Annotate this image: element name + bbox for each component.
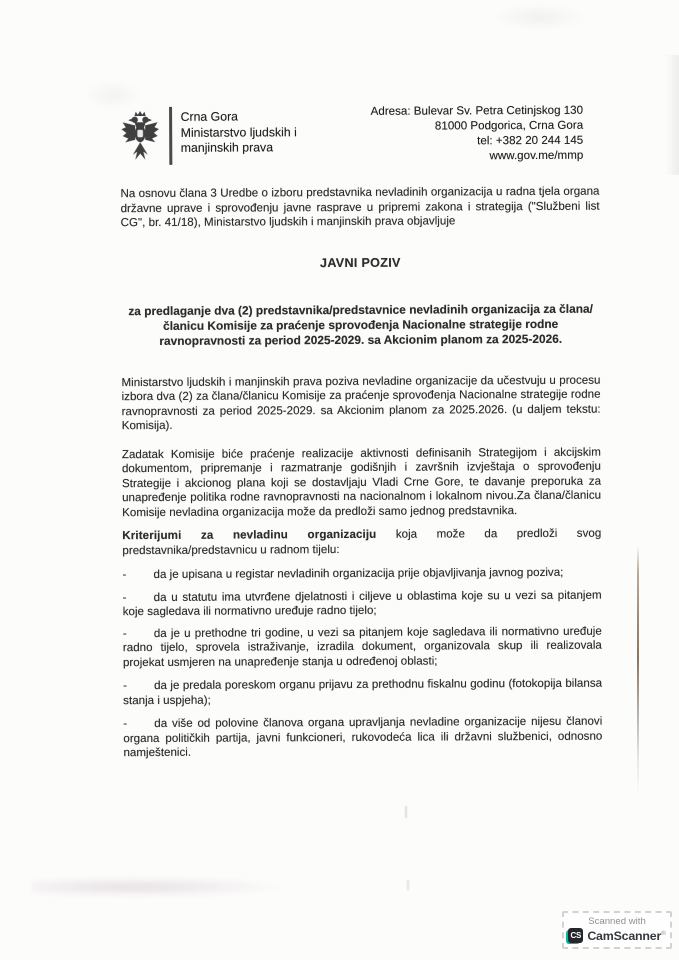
criteria-item: -da u statutu ima utvrđene djelatnosti i…	[123, 588, 602, 620]
bullet-dash: -	[123, 627, 154, 642]
brand-divider	[169, 107, 172, 165]
ministry-name-line2: manjinskih prava	[181, 140, 297, 156]
criteria-item-text: da je u prethodne tri godine, u vezi sa …	[123, 624, 602, 669]
ministry-name: Crna Gora Ministarstvo ljudskih i manjin…	[181, 104, 297, 156]
bullet-dash: -	[123, 717, 154, 732]
contact-website: www.gov.me/mmp	[371, 148, 584, 164]
camscanner-label-text: CamScanner	[587, 929, 661, 943]
criteria-item: -da je u prethodne tri godine, u vezi sa…	[123, 624, 602, 670]
criteria-heading-bold: Kriterijumi za nevladinu organizaciju	[122, 528, 376, 542]
montenegro-coat-of-arms-icon	[120, 107, 160, 170]
contact-city: 81000 Podgorica, Crna Gora	[371, 119, 584, 135]
criteria-item: -da više od polovine članova organa upra…	[123, 715, 602, 761]
criteria-item: -da je upisana u registar nevladinih org…	[122, 566, 601, 583]
bullet-dash: -	[123, 679, 154, 694]
camscanner-icon-cs-glyph: CS	[568, 928, 583, 943]
contact-phone: tel: +382 20 244 145	[371, 134, 584, 150]
camscanner-label: CamScanner®	[587, 929, 665, 943]
registered-mark: ®	[661, 929, 666, 936]
bullet-dash: -	[122, 568, 153, 583]
document-body: Na osnovu člana 3 Uredbe o izboru predst…	[120, 185, 602, 761]
contact-block: Adresa: Bulevar Sv. Petra Cetinjskog 130…	[371, 103, 584, 169]
criteria-item-text: da više od polovine članova organa uprav…	[123, 715, 602, 760]
camscanner-row: CS CamScanner®	[568, 928, 665, 943]
camscanner-watermark: Scanned with CS CamScanner®	[562, 911, 672, 949]
criteria-item-text: da je predala poreskom organu prijavu za…	[123, 677, 602, 707]
ministry-name-line1: Ministarstvo ljudskih i	[181, 125, 297, 141]
scanned-document-page: Crna Gora Ministarstvo ljudskih i manjin…	[0, 0, 679, 960]
letterhead: Crna Gora Ministarstvo ljudskih i manjin…	[120, 103, 583, 170]
document-content: Crna Gora Ministarstvo ljudskih i manjin…	[0, 0, 679, 960]
call-subtitle: za predlaganje dva (2) predstavnika/pred…	[121, 302, 600, 350]
scanned-with-label: Scanned with	[588, 917, 646, 927]
paragraph-commission-task: Zadatak Komisije biće praćenje realizaci…	[122, 445, 601, 520]
page-title: JAVNI POZIV	[121, 254, 600, 271]
country-name: Crna Gora	[181, 109, 297, 125]
camscanner-icon: CS	[568, 928, 583, 943]
paragraph-invitation: Ministarstvo ljudskih i manjinskih prava…	[121, 373, 600, 434]
contact-address: Adresa: Bulevar Sv. Petra Cetinjskog 130	[371, 104, 584, 120]
criteria-item: -da je predala poreskom organu prijavu z…	[123, 677, 602, 709]
criteria-item-text: da je upisana u registar nevladinih orga…	[153, 566, 563, 581]
criteria-heading: Kriterijumi za nevladinu organizaciju ko…	[122, 527, 601, 559]
intro-paragraph: Na osnovu člana 3 Uredbe o izboru predst…	[120, 185, 599, 231]
criteria-item-text: da u statutu ima utvrđene djelatnosti i …	[123, 588, 602, 618]
ministry-brand: Crna Gora Ministarstvo ljudskih i manjin…	[120, 104, 297, 170]
bullet-dash: -	[123, 591, 154, 606]
